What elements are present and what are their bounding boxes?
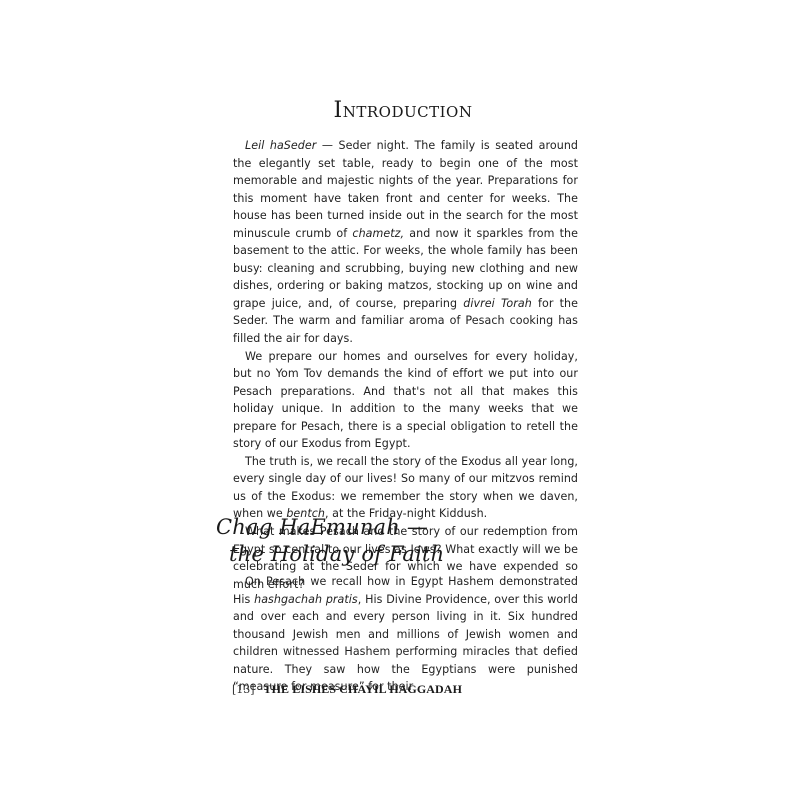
paragraph: On Pesach we recall how in Egypt Hashem …: [233, 573, 578, 696]
italic-term: divrei Torah: [463, 297, 532, 310]
paragraph: Leil haSeder — Seder night. The family i…: [233, 137, 578, 348]
subheading-line-1: Chag HaEmunah —: [216, 514, 444, 541]
section-subheading: Chag HaEmunah — the Holiday of Faith: [216, 514, 444, 568]
italic-term: Leil haSeder: [245, 139, 316, 152]
page-number: [13]: [232, 683, 255, 696]
page-title: Introduction: [225, 96, 581, 126]
page-footer: [13] THE EISHES CHAYIL HAGGADAH: [232, 681, 462, 698]
subheading-line-2: the Holiday of Faith: [216, 541, 444, 568]
paragraph: We prepare our homes and ourselves for e…: [233, 348, 578, 453]
book-page: Introduction Leil haSeder — Seder night.…: [0, 0, 800, 800]
section-body: On Pesach we recall how in Egypt Hashem …: [233, 573, 578, 696]
paragraph: The truth is, we recall the story of the…: [233, 453, 578, 523]
running-book-title: THE EISHES CHAYIL HAGGADAH: [263, 682, 462, 696]
italic-term: hashgachah pratis: [254, 593, 358, 606]
italic-term: chametz,: [352, 227, 404, 240]
